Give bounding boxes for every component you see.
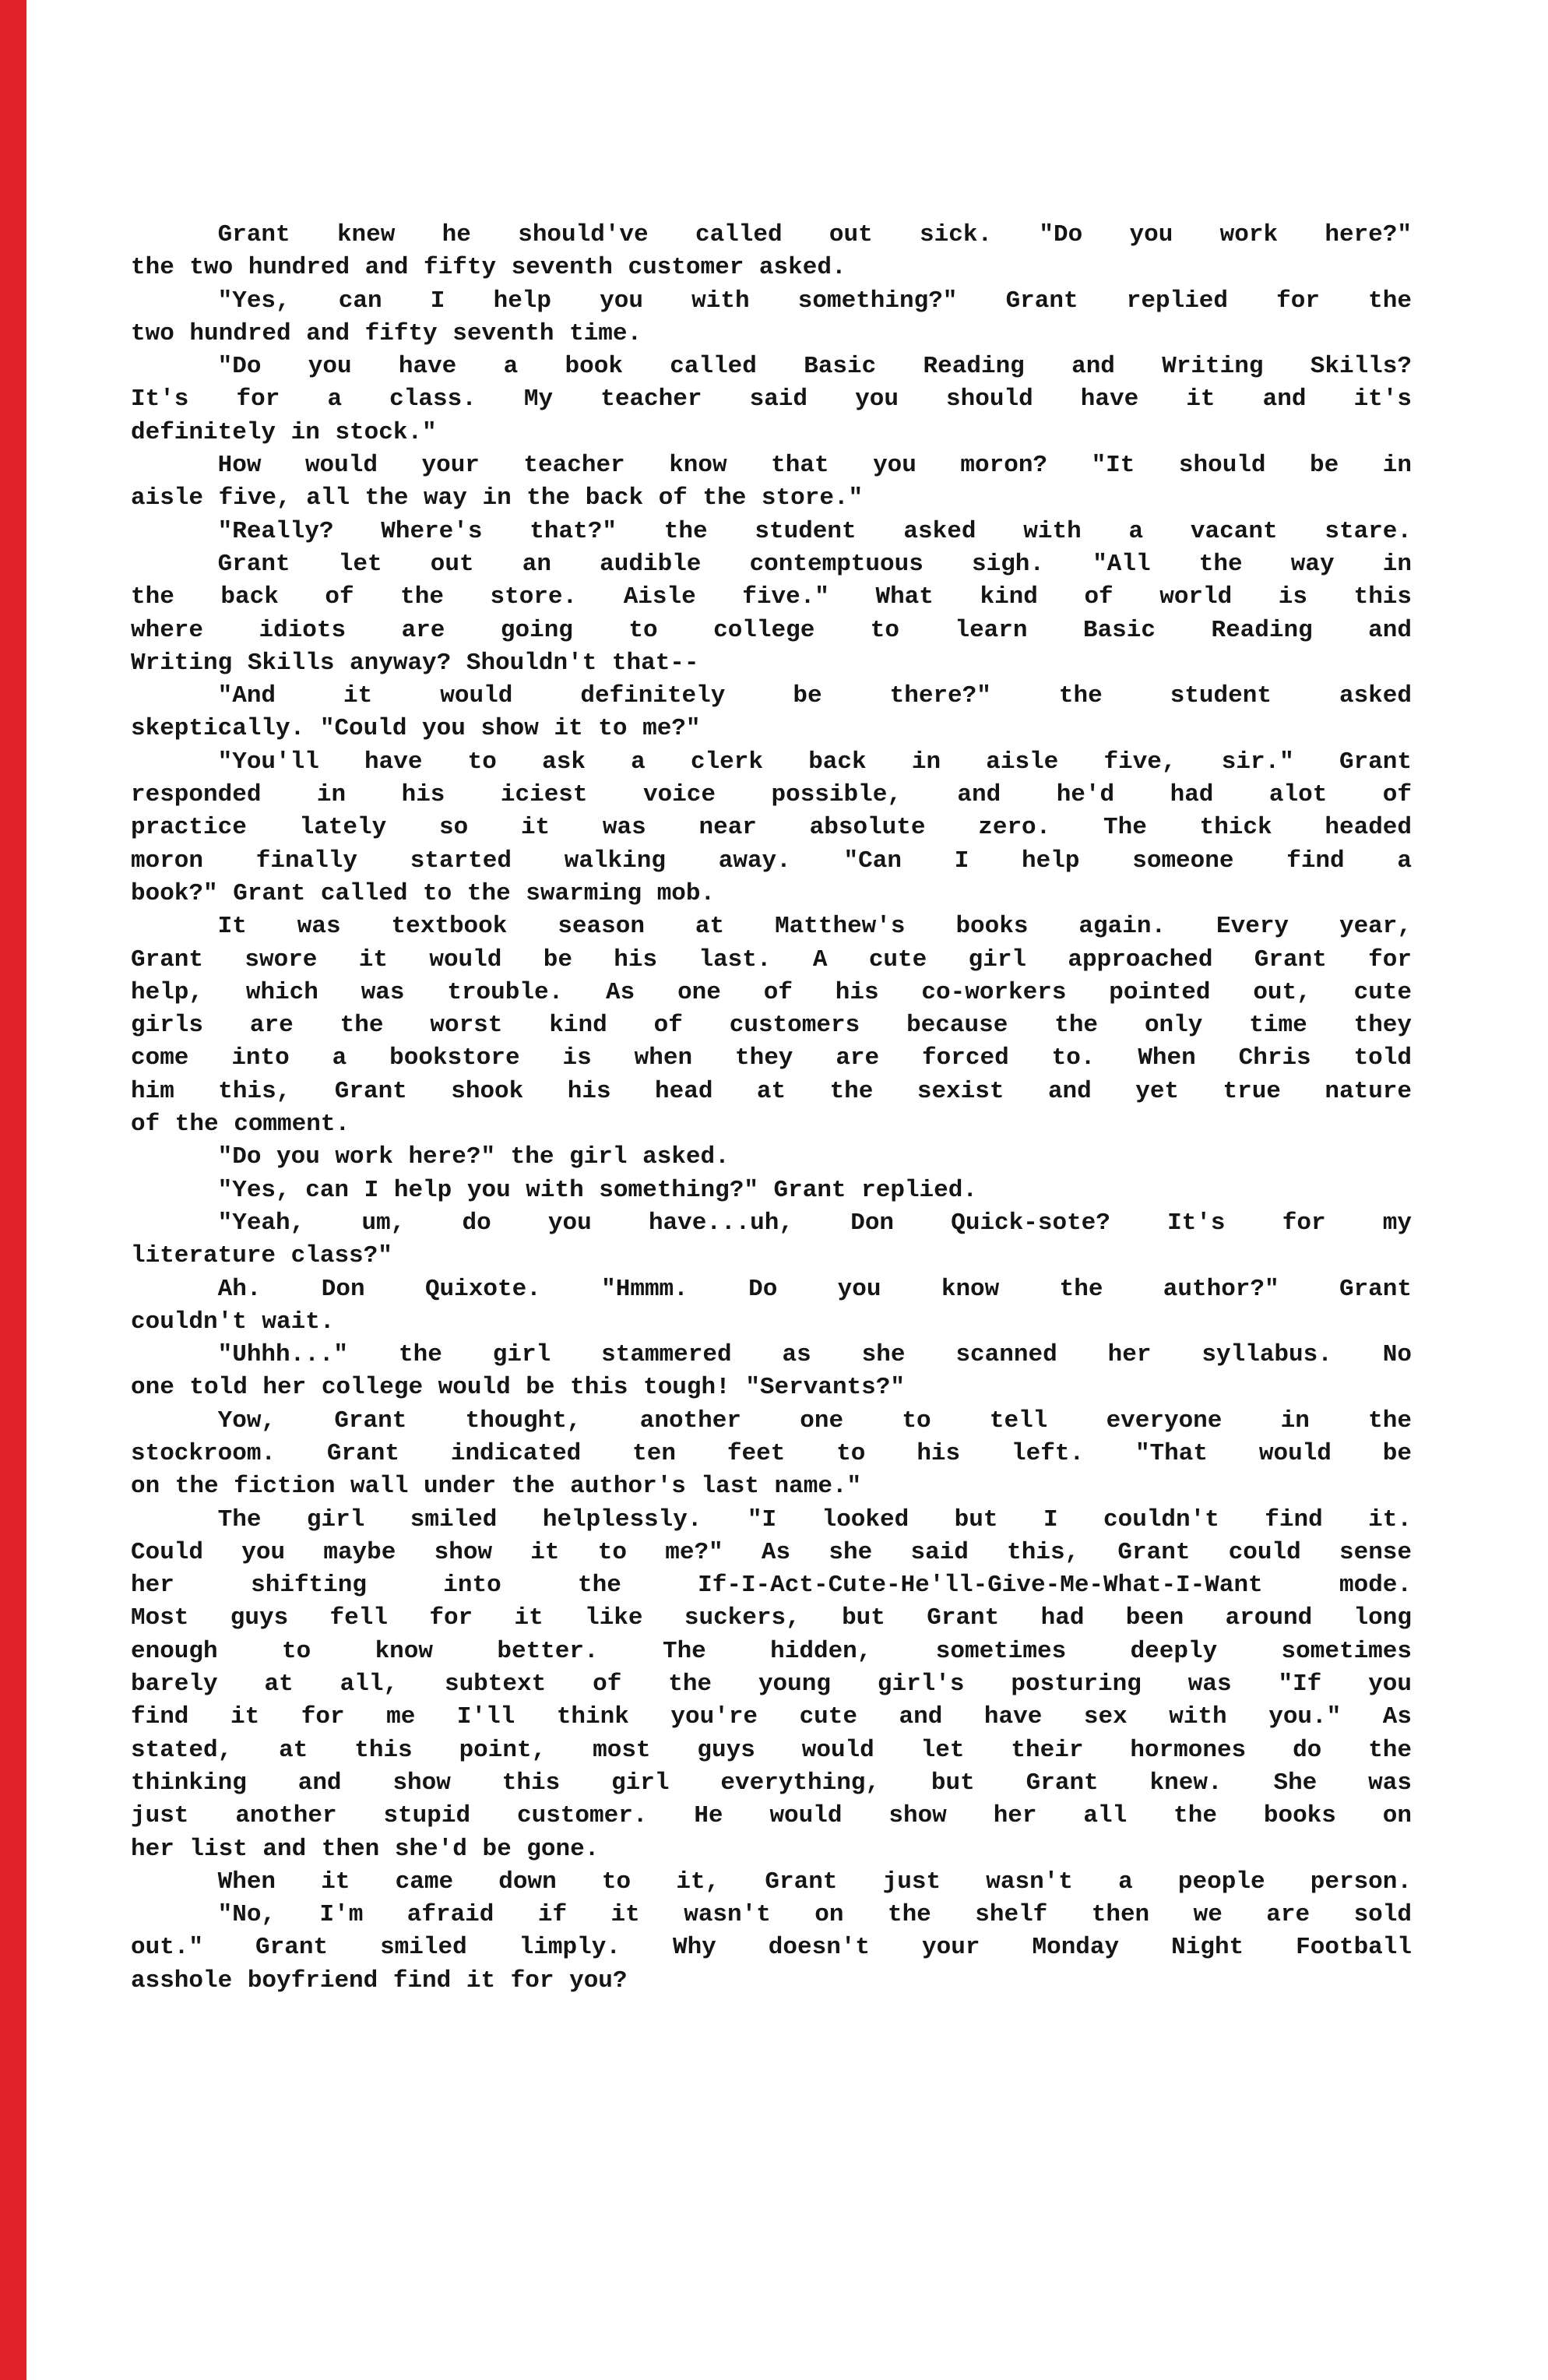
text-line: two hundred and fifty seventh time.	[131, 318, 1412, 350]
text-line: the back of the store. Aisle five." What…	[131, 581, 1412, 614]
text-line: Writing Skills anyway? Shouldn't that--	[131, 647, 1412, 680]
text-line: come into a bookstore is when they are f…	[131, 1042, 1412, 1075]
text-line: Most guys fell for it like suckers, but …	[131, 1602, 1412, 1635]
text-line: aisle five, all the way in the back of t…	[131, 482, 1412, 515]
text-line: enough to know better. The hidden, somet…	[131, 1635, 1412, 1668]
text-line: out." Grant smiled limply. Why doesn't y…	[131, 1931, 1412, 1964]
text-line: It's for a class. My teacher said you sh…	[131, 383, 1412, 416]
text-line: of the comment.	[131, 1108, 1412, 1141]
text-line: Ah. Don Quixote. "Hmmm. Do you know the …	[131, 1273, 1412, 1306]
text-line: the two hundred and fifty seventh custom…	[131, 252, 1412, 284]
text-line: barely at all, subtext of the young girl…	[131, 1668, 1412, 1701]
text-line: her list and then she'd be gone.	[131, 1833, 1412, 1866]
text-line: "Yeah, um, do you have...uh, Don Quick-s…	[131, 1207, 1412, 1240]
text-line: moron finally started walking away. "Can…	[131, 845, 1412, 878]
text-line: couldn't wait.	[131, 1306, 1412, 1339]
text-line: Grant swore it would be his last. A cute…	[131, 944, 1412, 977]
text-line: It was textbook season at Matthew's book…	[131, 910, 1412, 943]
text-line: on the fiction wall under the author's l…	[131, 1470, 1412, 1503]
text-line: stockroom. Grant indicated ten feet to h…	[131, 1438, 1412, 1470]
red-edge-stripe	[0, 0, 26, 2380]
text-line: him this, Grant shook his head at the se…	[131, 1076, 1412, 1108]
text-line: definitely in stock."	[131, 417, 1412, 449]
text-line: practice lately so it was near absolute …	[131, 812, 1412, 844]
text-line: book?" Grant called to the swarming mob.	[131, 878, 1412, 910]
text-line: When it came down to it, Grant just wasn…	[131, 1866, 1412, 1899]
text-line: stated, at this point, most guys would l…	[131, 1734, 1412, 1767]
text-line: The girl smiled helplessly. "I looked bu…	[131, 1504, 1412, 1537]
text-line: Could you maybe show it to me?" As she s…	[131, 1537, 1412, 1569]
text-line: skeptically. "Could you show it to me?"	[131, 713, 1412, 745]
text-line: responded in his iciest voice possible, …	[131, 779, 1412, 812]
text-line: where idiots are going to college to lea…	[131, 614, 1412, 647]
text-line: "No, I'm afraid if it wasn't on the shel…	[131, 1899, 1412, 1931]
text-line: Grant let out an audible contemptuous si…	[131, 548, 1412, 581]
text-line: "And it would definitely be there?" the …	[131, 680, 1412, 713]
text-line: asshole boyfriend find it for you?	[131, 1965, 1412, 1998]
text-line: "Really? Where's that?" the student aske…	[131, 516, 1412, 548]
text-line: thinking and show this girl everything, …	[131, 1767, 1412, 1800]
text-line: just another stupid customer. He would s…	[131, 1800, 1412, 1833]
text-line: "Do you have a book called Basic Reading…	[131, 350, 1412, 383]
text-line: one told her college would be this tough…	[131, 1371, 1412, 1404]
text-line: help, which was trouble. As one of his c…	[131, 977, 1412, 1009]
text-line: Yow, Grant thought, another one to tell …	[131, 1405, 1412, 1438]
text-line: find it for me I'll think you're cute an…	[131, 1701, 1412, 1734]
text-line: Grant knew he should've called out sick.…	[131, 219, 1412, 252]
text-line: literature class?"	[131, 1240, 1412, 1273]
text-line: her shifting into the If-I-Act-Cute-He'l…	[131, 1569, 1412, 1602]
manuscript-page: Grant knew he should've called out sick.…	[131, 219, 1412, 1998]
text-line: girls are the worst kind of customers be…	[131, 1009, 1412, 1042]
text-line: "You'll have to ask a clerk back in aisl…	[131, 746, 1412, 779]
text-line: "Uhhh..." the girl stammered as she scan…	[131, 1339, 1412, 1371]
text-line: How would your teacher know that you mor…	[131, 449, 1412, 482]
text-line: "Do you work here?" the girl asked.	[131, 1141, 1412, 1174]
text-line: "Yes, can I help you with something?" Gr…	[131, 1174, 1412, 1207]
text-line: "Yes, can I help you with something?" Gr…	[131, 285, 1412, 318]
